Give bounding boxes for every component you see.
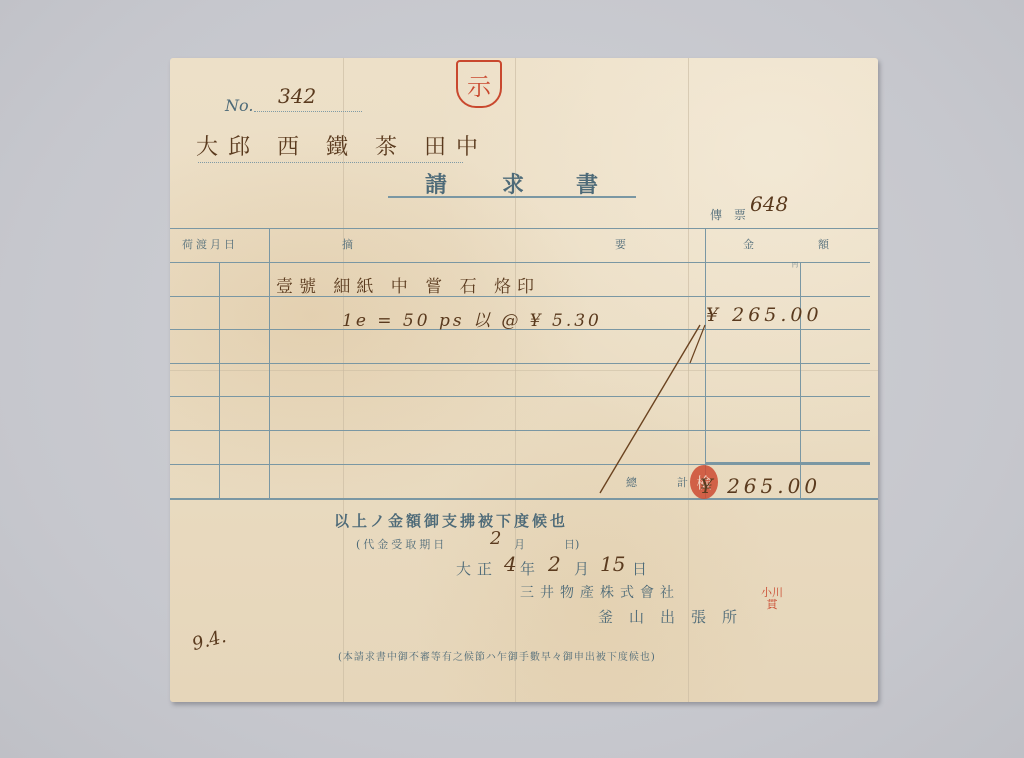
header-amount-right: 額 <box>818 236 829 252</box>
number-underline <box>254 111 362 112</box>
issue-date-year: 4 <box>504 552 517 576</box>
issue-date-month-label: 月 <box>574 558 589 579</box>
total-top-line <box>705 462 870 464</box>
top-seal-stamp: 示 <box>456 60 502 108</box>
issue-date-year-label: 年 <box>520 558 535 579</box>
payment-due-month: 2 <box>490 528 501 549</box>
issue-date-day: 15 <box>600 552 625 576</box>
title-char: 求 <box>502 168 524 199</box>
issue-date-era: 大正 <box>456 558 498 579</box>
addressee: 大邱 西 鐵 茶 田中 <box>196 130 488 161</box>
header-delivery-date: 荷渡月日 <box>182 236 238 252</box>
invoice-paper: 示 No. 342 大邱 西 鐵 茶 田中 請 求 書 傳 票 648 荷渡月日… <box>170 58 878 702</box>
fold-crease <box>170 370 878 371</box>
voucher-number: 648 <box>750 192 788 216</box>
yen-unit-label: 円 <box>792 260 798 269</box>
invoice-number: 342 <box>278 84 316 108</box>
payment-due-day-label: 日) <box>564 536 579 552</box>
row-summary: 1e = 50 ps 以 @ ¥ 5.30 <box>342 306 602 331</box>
header-summary-left: 摘 <box>342 236 353 252</box>
issuer-branch: 釜山出張所 <box>598 606 753 627</box>
payment-request-text: 以上ノ金額御支拂被下度候也 <box>334 510 568 531</box>
col-divider <box>219 262 220 498</box>
handwritten-initials: 9.4. <box>190 626 229 655</box>
issue-date-day-label: 日 <box>632 558 647 579</box>
row-line <box>170 464 870 465</box>
issuer-company: 三井物產株式會社 <box>520 582 680 602</box>
row-line <box>170 262 870 263</box>
header-amount-left: 金 <box>743 236 754 252</box>
table-top-border <box>170 228 878 229</box>
total-amount: ¥ 265.00 <box>700 474 821 498</box>
fold-crease <box>515 58 516 702</box>
title-char: 書 <box>576 168 598 199</box>
header-summary-right: 要 <box>615 236 626 252</box>
footer-note: (本請求書中御不審等有之候節ハ乍御手數早々御申出被下度候也) <box>338 648 656 663</box>
payment-due-month-label: 月 <box>514 536 525 552</box>
row-line <box>170 396 870 397</box>
issue-date-month: 2 <box>548 552 561 576</box>
row-line <box>170 363 870 364</box>
issuer-seal-stamp: 小川 貫 <box>758 584 786 614</box>
title-underline <box>388 196 636 198</box>
number-label: No. <box>225 96 253 115</box>
voucher-label: 傳 票 <box>710 206 750 223</box>
row-amount: ¥ 265.00 <box>706 304 823 326</box>
total-label: 總 計 <box>626 474 694 490</box>
table-bottom-border <box>170 498 878 500</box>
row-line <box>170 430 870 431</box>
title-char: 請 <box>425 168 447 199</box>
payment-due-prefix: (代金受取期日 <box>356 536 447 552</box>
void-slash-line <box>590 323 710 523</box>
row-summary: 壹號 細紙 中 嘗 石 烙印 <box>276 272 540 297</box>
addressee-underline <box>198 162 463 163</box>
